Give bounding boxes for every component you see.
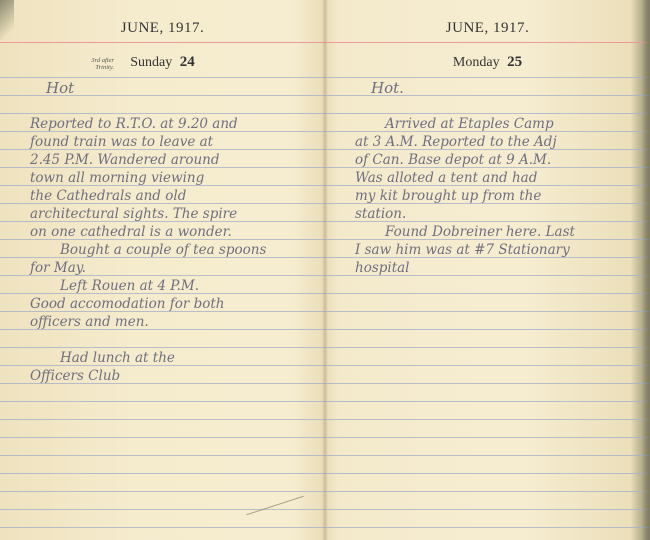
left-page: JUNE, 1917. 3rd after Trinity. Sunday 24…: [0, 0, 325, 540]
entry-line: town all morning viewing: [0, 169, 325, 187]
entry-line: officers and men.: [0, 313, 325, 331]
entry-line: Found Dobreiner here. Last: [325, 223, 650, 241]
entry-line: Was alloted a tent and had: [325, 169, 650, 187]
entry-line: found train was to leave at: [0, 133, 325, 151]
entry-line: Had lunch at the: [0, 349, 325, 367]
entry-line: I saw him was at #7 Stationary: [325, 241, 650, 259]
entry-line: the Cathedrals and old: [0, 187, 325, 205]
day-heading-left: Sunday 24: [0, 54, 325, 71]
entry-line: for May.: [0, 259, 325, 277]
right-page: JUNE, 1917. Monday 25 Hot. Arrived at Et…: [325, 0, 650, 540]
entry-line: Arrived at Etaples Camp: [325, 115, 650, 133]
handwritten-entry-right: Hot. Arrived at Etaples Camp at 3 A.M. R…: [325, 79, 650, 277]
day-heading-right: Monday 25: [325, 54, 650, 71]
entry-line: station.: [325, 205, 650, 223]
weather-note: Hot.: [325, 79, 650, 97]
entry-line: at 3 A.M. Reported to the Adj: [325, 133, 650, 151]
entry-line: Reported to R.T.O. at 9.20 and: [0, 115, 325, 133]
entry-line: [0, 331, 325, 349]
diary-spread: JUNE, 1917. 3rd after Trinity. Sunday 24…: [0, 0, 650, 540]
red-header-rule: [325, 42, 650, 43]
month-header-right: JUNE, 1917.: [325, 20, 650, 37]
entry-line: Officers Club: [0, 367, 325, 385]
weekday-label: Sunday: [130, 55, 172, 70]
entry-line: of Can. Base depot at 9 A.M.: [325, 151, 650, 169]
red-header-rule: [0, 42, 325, 43]
day-number: 24: [180, 54, 195, 70]
page-edge-shadow: [642, 0, 650, 540]
month-header-left: JUNE, 1917.: [0, 20, 325, 37]
entry-line: hospital: [325, 259, 650, 277]
entry-line: on one cathedral is a wonder.: [0, 223, 325, 241]
entry-line: [0, 97, 325, 115]
entry-line: Good accomodation for both: [0, 295, 325, 313]
day-number: 25: [507, 54, 522, 70]
entry-line: Bought a couple of tea spoons: [0, 241, 325, 259]
entry-line: architectural sights. The spire: [0, 205, 325, 223]
weekday-label: Monday: [453, 55, 500, 70]
handwritten-entry-left: Hot Reported to R.T.O. at 9.20 and found…: [0, 79, 325, 385]
entry-line: [325, 97, 650, 115]
entry-line: my kit brought up from the: [325, 187, 650, 205]
weather-note: Hot: [0, 79, 325, 97]
entry-line: 2.45 P.M. Wandered around: [0, 151, 325, 169]
entry-line: Left Rouen at 4 P.M.: [0, 277, 325, 295]
